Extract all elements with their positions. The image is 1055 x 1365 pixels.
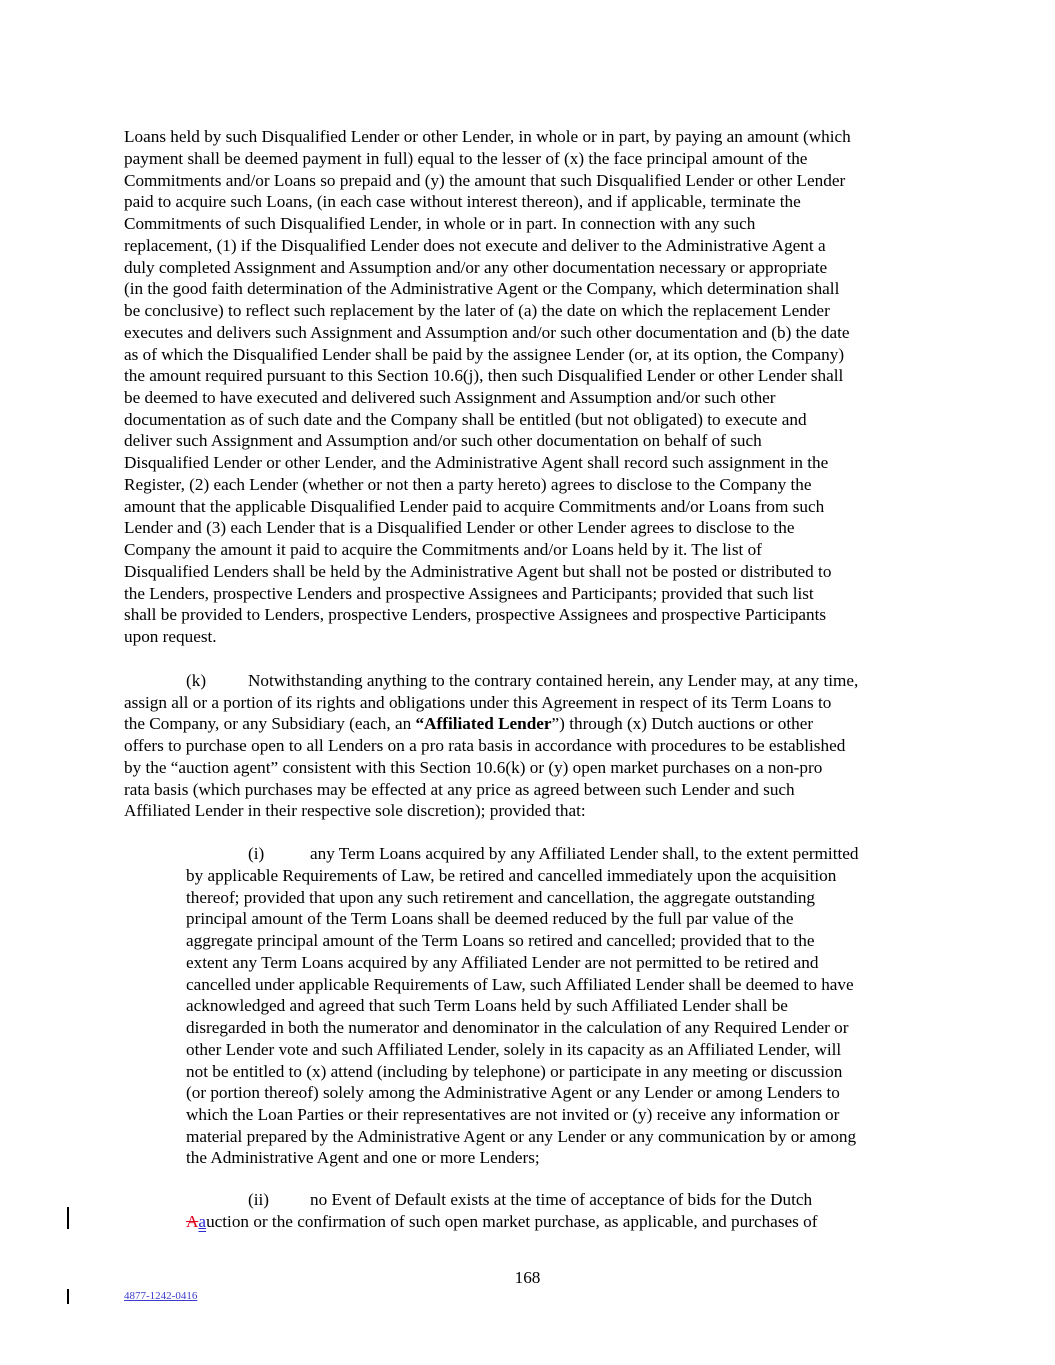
text-line: the Company, or any Subsidiary (each, an…	[124, 713, 813, 735]
text-line: Disqualified Lender or other Lender, and…	[124, 452, 828, 474]
text-line: as of which the Disqualified Lender shal…	[124, 344, 844, 366]
text-line: shall be provided to Lenders, prospectiv…	[124, 604, 826, 626]
text-line: thereof; provided that upon any such ret…	[186, 887, 815, 909]
text-line: cancelled under applicable Requirements …	[186, 974, 854, 996]
text-line: by the “auction agent” consistent with t…	[124, 757, 822, 779]
text-line: Commitments and/or Loans so prepaid and …	[124, 170, 845, 192]
text-line: Company the amount it paid to acquire th…	[124, 539, 762, 561]
text-line: Register, (2) each Lender (whether or no…	[124, 474, 812, 496]
text-line: upon request.	[124, 626, 217, 648]
text-line: no Event of Default exists at the time o…	[310, 1189, 812, 1211]
text-line: executes and delivers such Assignment an…	[124, 322, 850, 344]
text-line: not be entitled to (x) attend (including…	[186, 1061, 842, 1083]
text-line: Notwithstanding anything to the contrary…	[248, 670, 858, 692]
text-segment: ”) through (x) Dutch auctions or other	[552, 714, 814, 733]
text-line: Disqualified Lenders shall be held by th…	[124, 561, 831, 583]
clause-label: (i)	[248, 843, 264, 865]
defined-term: “Affiliated Lender	[415, 714, 551, 733]
tracked-deletion: A	[186, 1212, 198, 1231]
text-line: be deemed to have executed and delivered…	[124, 387, 776, 409]
text-line: payment shall be deemed payment in full)…	[124, 148, 807, 170]
text-line: duly completed Assignment and Assumption…	[124, 257, 827, 279]
text-line: Lender and (3) each Lender that is a Dis…	[124, 517, 795, 539]
document-page: Loans held by such Disqualified Lender o…	[0, 0, 1055, 1365]
text-line: principal amount of the Term Loans shall…	[186, 908, 793, 930]
text-line: paid to acquire such Loans, (in each cas…	[124, 191, 801, 213]
page-number: 168	[0, 1268, 1055, 1288]
text-line: Aauction or the confirmation of such ope…	[186, 1211, 817, 1233]
clause-label: (ii)	[248, 1189, 269, 1211]
document-id-link[interactable]: 4877-1242-0416	[124, 1290, 197, 1302]
text-line: the Administrative Agent and one or more…	[186, 1147, 540, 1169]
text-line: replacement, (1) if the Disqualified Len…	[124, 235, 826, 257]
text-line: material prepared by the Administrative …	[186, 1126, 856, 1148]
text-line: amount that the applicable Disqualified …	[124, 496, 824, 518]
paragraph-label: (k)	[186, 670, 206, 692]
text-line: the amount required pursuant to this Sec…	[124, 365, 843, 387]
text-line: aggregate principal amount of the Term L…	[186, 930, 814, 952]
text-segment: uction or the confirmation of such open …	[206, 1212, 817, 1231]
text-line: other Lender vote and such Affiliated Le…	[186, 1039, 841, 1061]
text-line: documentation as of such date and the Co…	[124, 409, 807, 431]
text-line: extent any Term Loans acquired by any Af…	[186, 952, 818, 974]
text-line: Loans held by such Disqualified Lender o…	[124, 126, 851, 148]
text-line: Commitments of such Disqualified Lender,…	[124, 213, 755, 235]
text-line: the Lenders, prospective Lenders and pro…	[124, 583, 814, 605]
change-bar	[67, 1289, 69, 1304]
tracked-insertion: a	[198, 1212, 206, 1231]
text-line: (in the good faith determination of the …	[124, 278, 839, 300]
change-bar	[67, 1207, 69, 1229]
text-line: offers to purchase open to all Lenders o…	[124, 735, 845, 757]
text-line: assign all or a portion of its rights an…	[124, 692, 831, 714]
text-line: any Term Loans acquired by any Affiliate…	[310, 843, 858, 865]
text-line: be conclusive) to reflect such replaceme…	[124, 300, 830, 322]
text-line: by applicable Requirements of Law, be re…	[186, 865, 836, 887]
text-line: rata basis (which purchases may be effec…	[124, 779, 795, 801]
text-line: Affiliated Lender in their respective so…	[124, 800, 586, 822]
text-line: deliver such Assignment and Assumption a…	[124, 430, 762, 452]
text-line: acknowledged and agreed that such Term L…	[186, 995, 788, 1017]
text-line: disregarded in both the numerator and de…	[186, 1017, 848, 1039]
text-segment: the Company, or any Subsidiary (each, an	[124, 714, 415, 733]
text-line: (or portion thereof) solely among the Ad…	[186, 1082, 840, 1104]
text-line: which the Loan Parties or their represen…	[186, 1104, 839, 1126]
